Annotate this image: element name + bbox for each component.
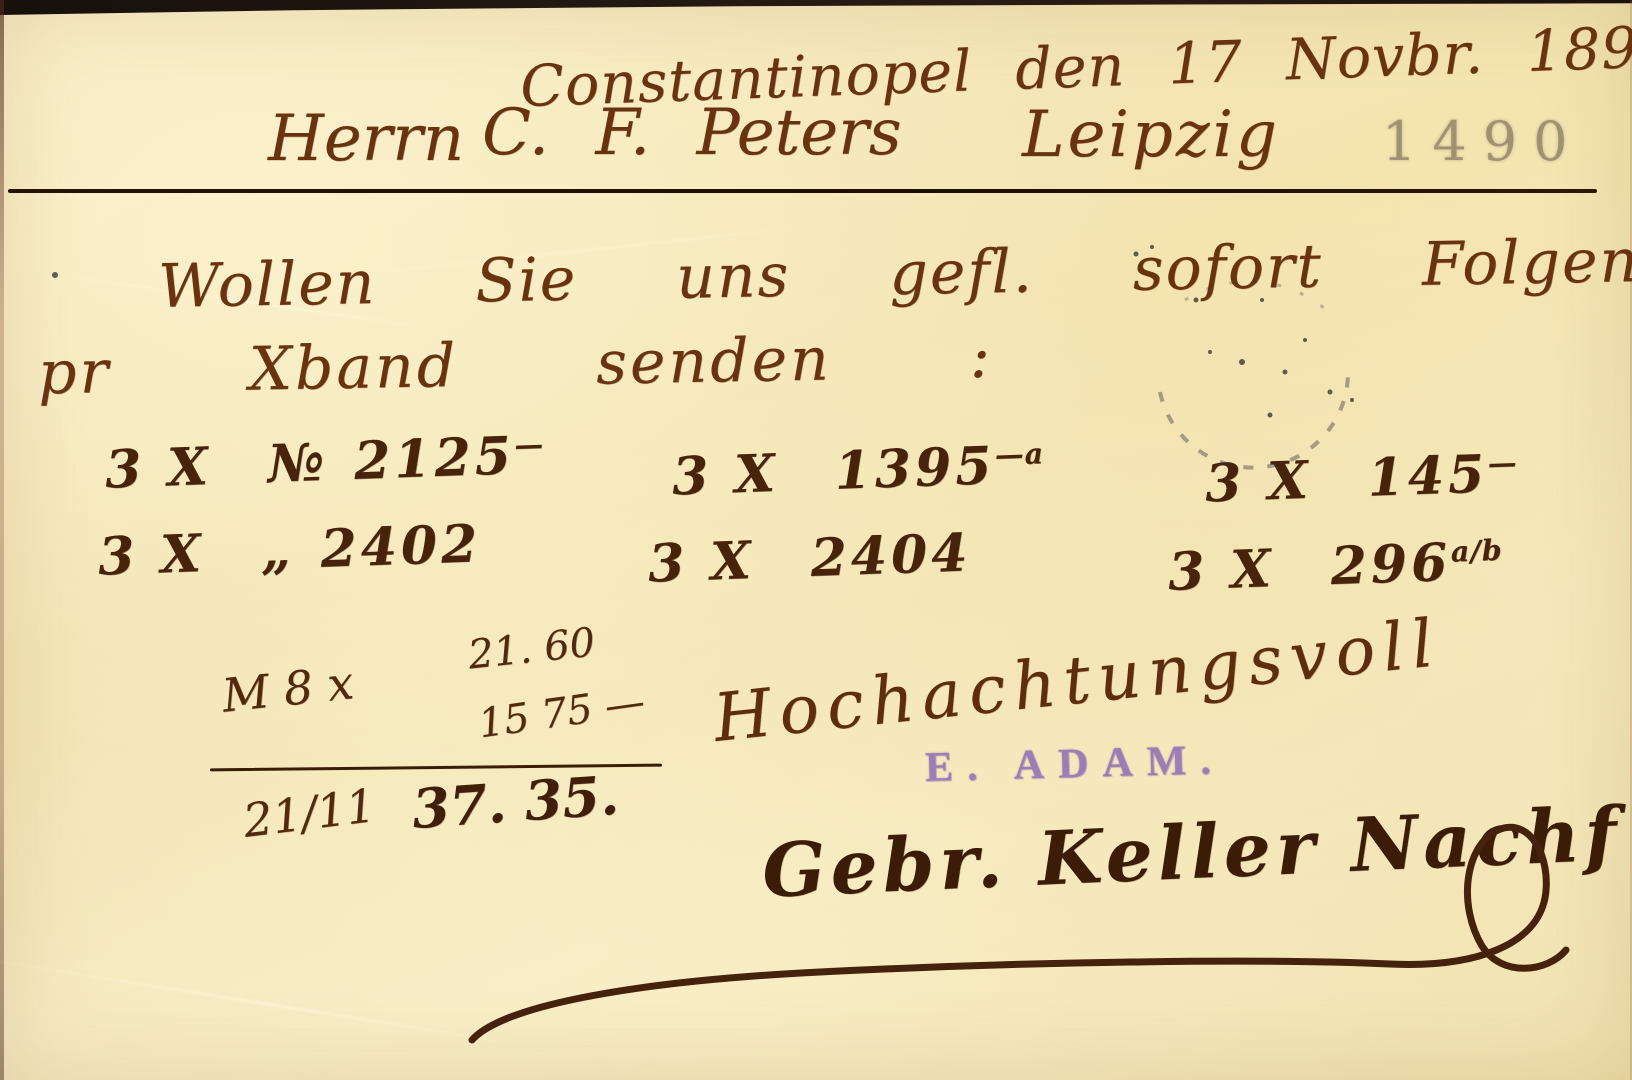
order-number: 145	[1367, 444, 1490, 509]
order-qty: 3 X	[1204, 450, 1313, 515]
order-item: 3 X145—	[1204, 443, 1519, 515]
calc-total: 37. 35.	[410, 763, 621, 841]
recipient-city: Leipzig	[1022, 98, 1280, 172]
order-prefix: „	[260, 520, 296, 582]
request-line-2: pr Xband senden :	[37, 322, 993, 409]
order-qty: 3 X	[97, 523, 206, 588]
order-number: 2404	[810, 522, 973, 589]
order-item: 3 X1395—a	[671, 434, 1045, 508]
calc-date: 21/11	[240, 778, 378, 848]
order-suffix: —	[1487, 445, 1518, 480]
order-item: 3 X№2125—	[104, 424, 545, 500]
order-qty: 3 X	[647, 530, 756, 595]
order-item: 3 X„2402	[97, 513, 482, 587]
order-suffix: —	[514, 427, 545, 462]
order-qty: 3 X	[1167, 538, 1276, 603]
scan-edge-top	[0, 0, 1632, 15]
order-number: 2125	[353, 425, 516, 492]
order-suffix: —a	[994, 436, 1044, 472]
order-number: 1395	[834, 435, 997, 502]
address-underline	[8, 189, 1597, 193]
scan-edge-left	[0, 0, 4, 1080]
recipient-salutation: Herrn	[268, 102, 464, 176]
paper-crease	[0, 958, 537, 1048]
closing-formula: Hochachtungsvoll	[710, 604, 1445, 757]
order-prefix: №	[267, 432, 330, 495]
order-item: 3 X296a/b	[1167, 530, 1504, 603]
order-suffix: a/b	[1450, 533, 1503, 569]
handstamp-e-adam: E. ADAM.	[924, 736, 1225, 792]
order-item: 3 X2404	[647, 522, 972, 594]
signature-text: Gebr. Keller Nachf	[761, 791, 1624, 914]
recipient-name: C. F. Peters	[482, 96, 902, 170]
filing-number-stamp: 1490	[1382, 110, 1583, 173]
calc-amount-2: 15 75 —	[476, 679, 648, 748]
postcard-scan: Constantinopel den 17 Novbr. 1896 Herrn …	[0, 0, 1632, 1080]
order-qty: 3 X	[671, 443, 780, 508]
calc-amount-1: 21. 60	[466, 619, 597, 678]
request-line-1: Wollen Sie uns gefl. sofort Folgendes	[158, 224, 1632, 322]
order-number: 296	[1330, 532, 1453, 597]
order-number: 2402	[319, 513, 482, 580]
order-qty: 3 X	[104, 436, 213, 501]
calc-currency-label: M 8 x	[220, 655, 356, 722]
